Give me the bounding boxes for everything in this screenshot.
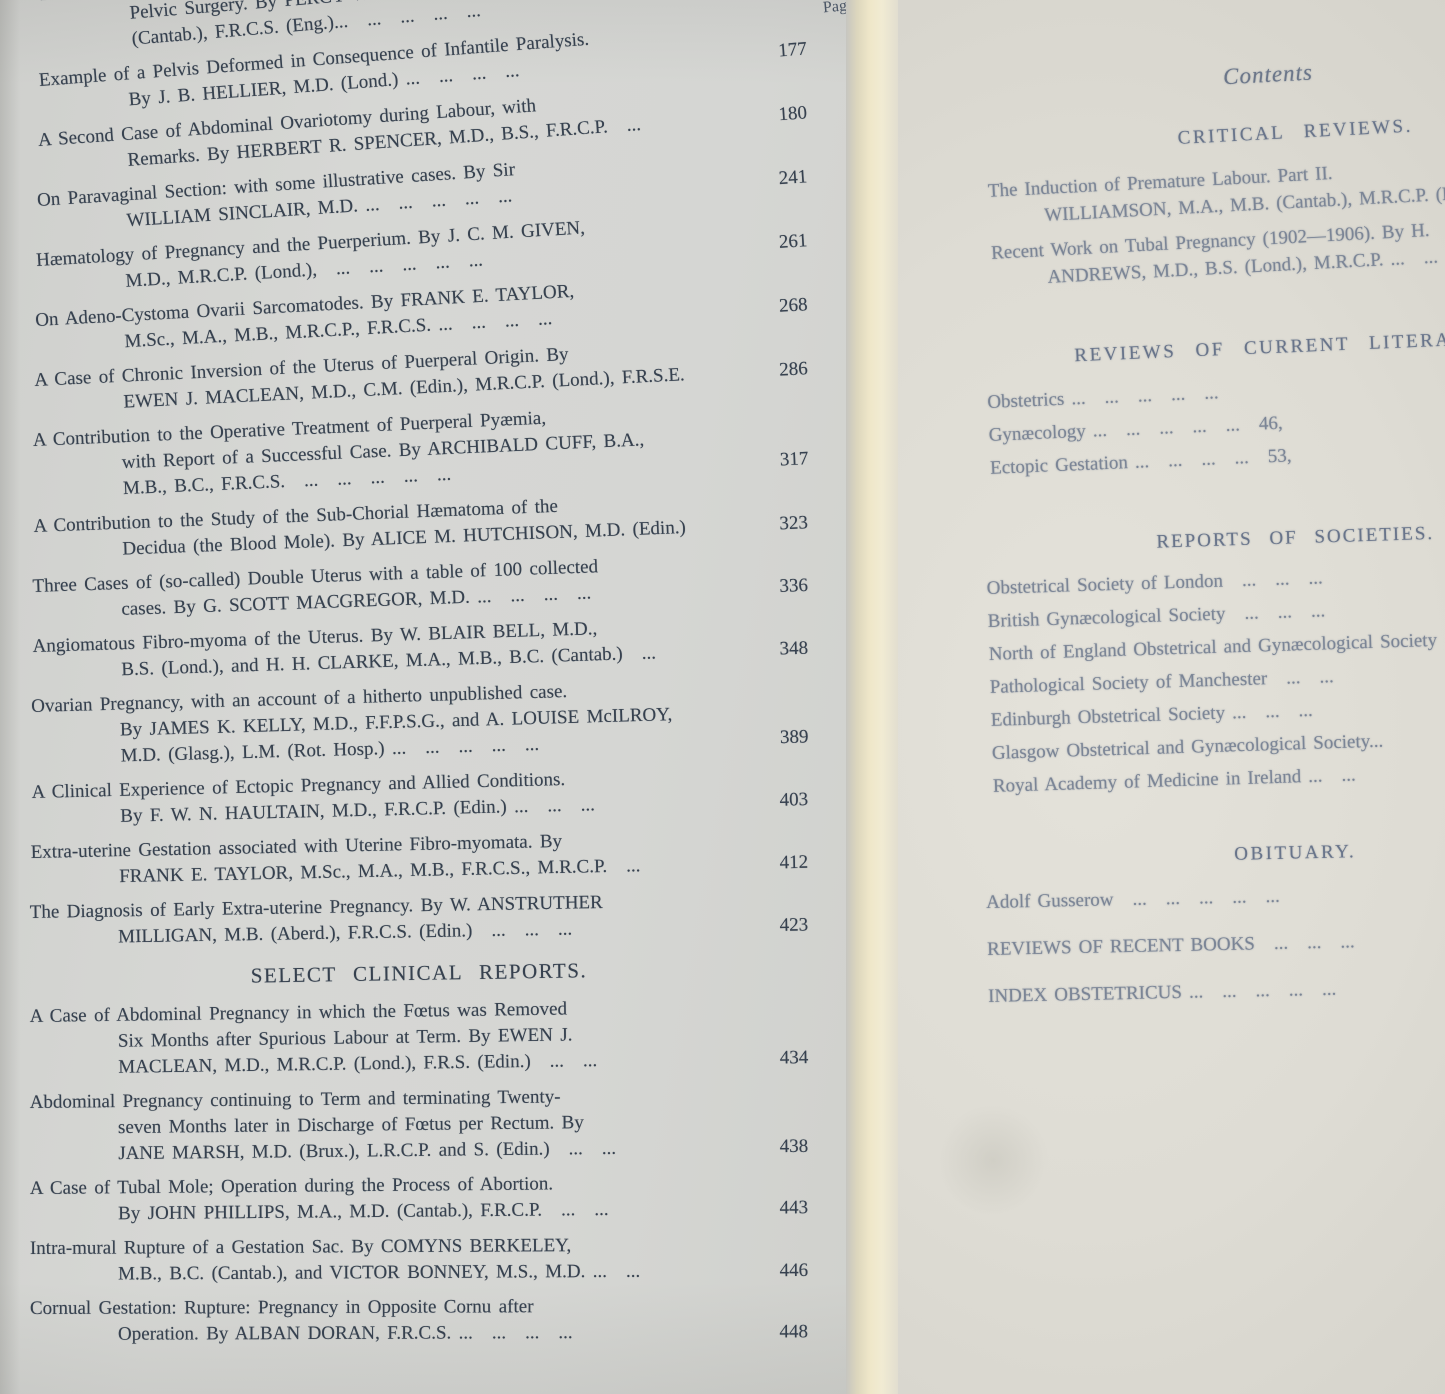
toc-line: Cornual Gestation: Rupture: Pregnancy in… <box>30 1293 808 1322</box>
toc-line-text: By JOHN PHILLIPS, M.A., M.D. (Cantab.), … <box>118 1196 766 1228</box>
toc-line: M.B., B.C. (Cantab.), and VICTOR BONNEY,… <box>30 1258 808 1288</box>
section-obituary: OBITUARY. Adolf Gusserow ... ... ... ...… <box>985 833 1445 1010</box>
book-photo: Page Recent Researches into the Bacterio… <box>0 0 1445 1394</box>
toc-entry: Abdominal Pregnancy continuing to Term a… <box>30 1082 809 1168</box>
toc-entry: A Case of Abdominal Pregnancy in which t… <box>29 993 808 1082</box>
page-number: 389 <box>766 724 809 751</box>
right-page: Contents CRITICAL REVIEWS. The Induction… <box>898 0 1445 1394</box>
page-number: 180 <box>764 100 808 129</box>
section-heading: REPORTS OF SOCIETIES. <box>985 515 1445 561</box>
contents-page: Contents CRITICAL REVIEWS. The Induction… <box>985 0 1445 1016</box>
toc-line-text: Operation. By ALBAN DORAN, F.R.C.S. ... … <box>118 1319 766 1347</box>
page-number: 177 <box>763 36 807 65</box>
page-number: 448 <box>765 1319 808 1345</box>
table-of-contents: Recent Researches into the Bacteriology … <box>30 0 808 1356</box>
page-title: Contents <box>1222 53 1423 90</box>
page-edge-shadow <box>0 0 20 1394</box>
page-number: 403 <box>765 787 808 814</box>
toc-entry: Cornual Gestation: Rupture: Pregnancy in… <box>30 1293 808 1348</box>
page-number: 317 <box>765 446 809 474</box>
section-reviews-of-current-literature: REVIEWS OF CURRENT LITERATURE. Obstetric… <box>985 320 1445 482</box>
page-number: 286 <box>765 356 809 384</box>
list-item: INDEX OBSTETRICUS ... ... ... ... ... <box>988 970 1445 1010</box>
page-number: 443 <box>765 1195 808 1221</box>
page-number: 412 <box>765 850 808 877</box>
toc-entry: Extra-uterine Gestation associated with … <box>30 824 808 892</box>
toc-line: Operation. By ALBAN DORAN, F.R.C.S. ... … <box>30 1319 808 1348</box>
list-item: REVIEWS OF RECENT BOOKS ... ... ... <box>987 923 1445 963</box>
page-number: 336 <box>765 573 808 600</box>
page-number: 241 <box>764 164 808 193</box>
toc-entry: A Clinical Experience of Ectopic Pregnan… <box>31 761 808 832</box>
toc-line: By JOHN PHILLIPS, M.A., M.D. (Cantab.), … <box>30 1195 808 1228</box>
section-critical-reviews: CRITICAL REVIEWS. The Induction of Prema… <box>985 103 1445 294</box>
list-item: Adolf Gusserow ... ... ... ... ... <box>986 876 1445 916</box>
page-number: 446 <box>765 1258 808 1284</box>
page-number: 438 <box>766 1134 809 1160</box>
page-number: 323 <box>765 510 808 538</box>
section-reports-of-societies: REPORTS OF SOCIETIES. Obstetrical Societ… <box>985 515 1445 800</box>
section-heading: OBITUARY. <box>985 833 1445 873</box>
page-number: 434 <box>766 1045 809 1072</box>
toc-entry: Ovarian Pregnancy, with an account of a … <box>31 672 809 772</box>
page-number: 348 <box>765 636 808 663</box>
toc-line-text: JANE MARSH, M.D. (Brux.), L.R.C.P. and S… <box>118 1134 766 1167</box>
toc-entry: Intra-mural Rupture of a Gestation Sac. … <box>30 1232 808 1288</box>
page-number: 261 <box>764 228 808 256</box>
page-number: 161 <box>764 0 808 1</box>
toc-entry: The Diagnosis of Early Extra-uterine Pre… <box>30 886 809 952</box>
left-page: Page Recent Researches into the Bacterio… <box>0 0 858 1394</box>
paper-smudge <box>938 1095 1048 1225</box>
toc-line-text: M.B., B.C. (Cantab.), and VICTOR BONNEY,… <box>118 1258 766 1287</box>
section-heading: CRITICAL REVIEWS. <box>985 103 1445 162</box>
book-gutter <box>846 0 906 1394</box>
section-heading-select-clinical-reports: SELECT CLINICAL REPORTS. <box>30 954 808 992</box>
toc-entry: A Case of Tubal Mole; Operation during t… <box>30 1169 808 1228</box>
page-number: 268 <box>764 292 808 320</box>
page-number: 423 <box>765 912 808 939</box>
toc-line: Intra-mural Rupture of a Gestation Sac. … <box>30 1232 808 1262</box>
section-heading: REVIEWS OF CURRENT LITERATURE. <box>985 320 1445 373</box>
